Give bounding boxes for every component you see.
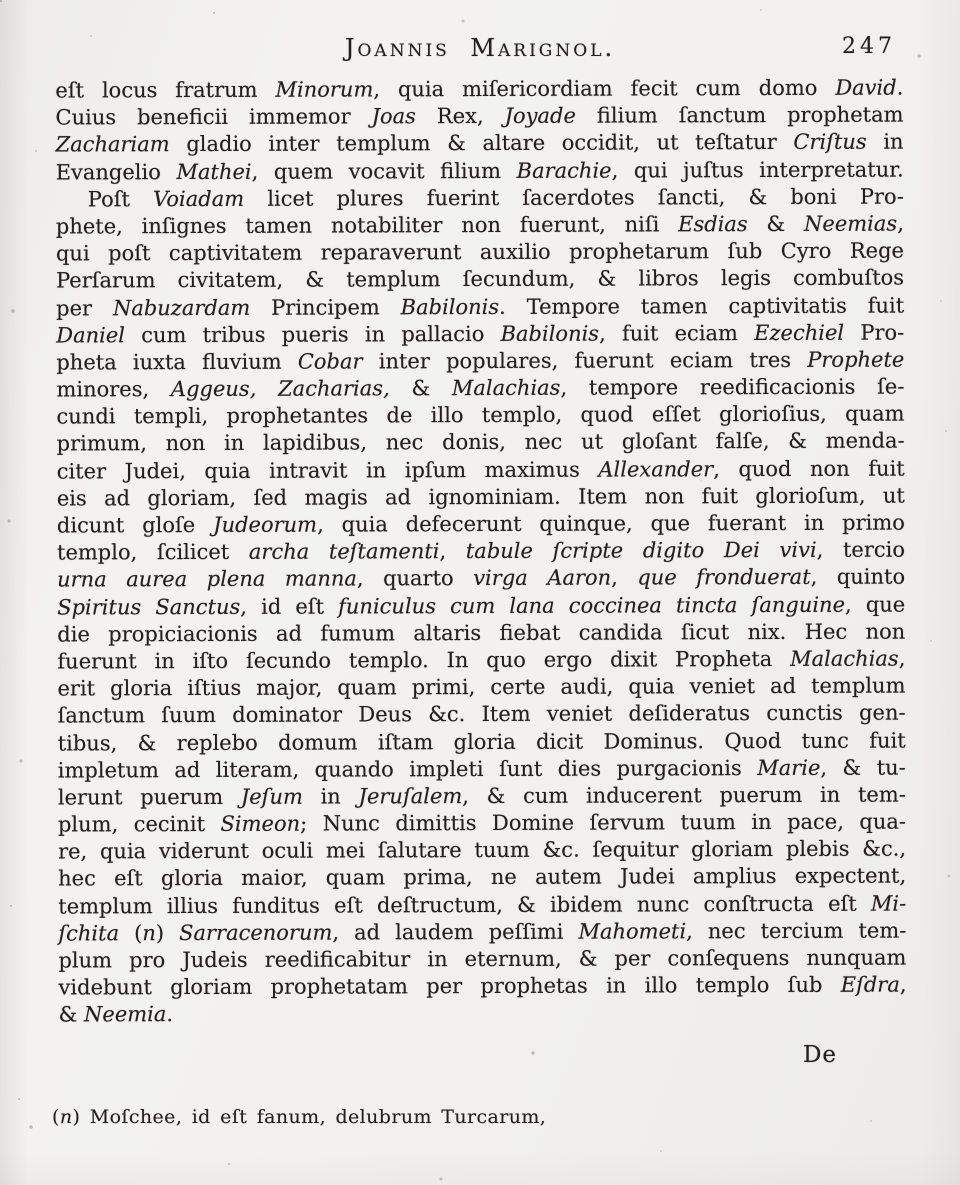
text-run: , tempore reedificacionis ſe- — [560, 375, 904, 400]
text-run: filium ſanctum prophetam — [576, 103, 904, 128]
page-number: 247 — [842, 34, 896, 59]
text-run: impletum ad literam, quando impleti ſunt… — [58, 756, 758, 782]
italic-text-run: Simeon — [220, 812, 300, 836]
text-run: eſt locus fratrum — [55, 78, 275, 103]
italic-text-run: Marie — [757, 756, 820, 780]
text-run: tibus, & replebo domum iſtam gloria dici… — [58, 728, 906, 755]
text-line: impletum ad literam, quando impleti ſunt… — [58, 754, 906, 784]
italic-text-run: David — [835, 76, 896, 100]
italic-text-run: Eſdra — [841, 973, 900, 997]
text-line: Perſarum civitatem, & templum ſecundum, … — [56, 265, 904, 295]
text-line: ſchita (n) Sarracenorum, ad laudem peſſi… — [58, 917, 906, 947]
text-run: ſanctum ſuum dominator Deus &c. Item ven… — [58, 701, 906, 728]
text-line: plum, cecinit Simeon; Nunc dimittis Domi… — [58, 809, 906, 839]
italic-text-run: urna aurea plena manna — [57, 567, 357, 592]
italic-text-run: Jeruſalem — [358, 784, 462, 808]
text-run: hec eſt gloria maior, quam prima, ne aut… — [58, 864, 906, 891]
text-line: pheta iuxta fluvium Cobar inter populare… — [56, 346, 904, 376]
italic-text-run: Allexander — [598, 457, 713, 481]
text-run: in — [303, 784, 359, 808]
text-run: , nec tercium tem- — [686, 918, 906, 943]
text-run: inter populares, fuerunt eciam tres — [362, 348, 807, 374]
italic-text-run: Esdias — [678, 212, 748, 236]
text-run: . Tempore tamen captivitatis fuit — [499, 293, 904, 318]
italic-text-run: Joas — [372, 104, 416, 128]
italic-text-run: Barachie — [517, 158, 612, 182]
italic-text-run: archa teſtamenti — [249, 539, 440, 564]
italic-text-run: tabule ſcripte digito Dei vivi — [466, 538, 817, 563]
text-run: & — [390, 376, 452, 400]
text-run: minores, — [56, 377, 171, 401]
text-run: cundi templi, prophetantes de illo templ… — [56, 402, 904, 429]
text-line: plum pro Judeis reedificabitur in eternu… — [58, 945, 906, 975]
text-run: per — [56, 296, 113, 320]
text-run: , quinto — [811, 565, 906, 589]
text-run: , quem vocavit filium — [252, 158, 517, 183]
text-run: , tercio — [817, 538, 905, 562]
italic-text-run: Spiritus Sanctus — [57, 594, 240, 619]
italic-text-run: que fronduerat — [637, 565, 810, 590]
footnote: (n) Moſchee, id eſt fanum, delubrum Turc… — [52, 1106, 812, 1128]
text-run: videbunt gloriam prophetatam per prophet… — [58, 973, 840, 1000]
text-line: cundi templi, prophetantes de illo templ… — [56, 401, 904, 431]
text-run: Poſt — [88, 187, 153, 211]
text-run: , que — [845, 592, 905, 616]
text-run: Principem — [250, 295, 400, 320]
text-line: Poſt Voiadam licet plures fuerint ſacerd… — [56, 183, 904, 213]
text-run: pheta iuxta fluvium — [56, 350, 298, 375]
italic-text-run: Ezechiel — [754, 320, 844, 344]
text-run: & — [748, 212, 804, 236]
text-line: phete, inſignes tamen notabiliter non fu… — [56, 210, 904, 240]
italic-text-run: Aggeus, Zacharias, — [171, 376, 390, 401]
text-run: , quod non fuit — [713, 456, 905, 481]
text-run: , — [899, 646, 906, 670]
text-run: , quia defecerunt quinque, que fuerant i… — [317, 511, 905, 537]
text-run: templo, ſcilicet — [57, 540, 249, 565]
text-run: ( — [52, 1106, 60, 1128]
text-line: tibus, & replebo domum iſtam gloria dici… — [58, 727, 906, 757]
italic-text-run: n — [60, 1106, 73, 1128]
italic-text-run: Babilonis — [401, 294, 500, 318]
italic-text-run: Cobar — [298, 349, 363, 373]
scanned-book-page: Joannis Marignol. 247 eſt locus fratrum … — [0, 0, 960, 1185]
text-line: minores, Aggeus, Zacharias, & Malachias,… — [56, 374, 904, 404]
text-line: ſanctum ſuum dominator Deus &c. Item ven… — [58, 700, 906, 730]
text-run: , — [611, 566, 637, 590]
text-run: ( — [119, 921, 142, 945]
text-run: , — [439, 539, 465, 563]
text-line: citer Judei, quia intravit in ipſum maxi… — [57, 455, 905, 485]
italic-text-run: Nabuzardam — [113, 295, 250, 319]
text-run: Evangelio — [56, 160, 177, 184]
text-line: re, quia viderunt oculi mei ſalutare tuu… — [58, 836, 906, 866]
text-line: primum, non in lapidibus, nec donis, nec… — [57, 428, 905, 458]
text-run: Cuius beneficii immemor — [55, 105, 371, 130]
text-run: , & cum inducerent puerum in tem- — [462, 782, 906, 808]
text-line: eſt locus fratrum Minorum, quia miſerico… — [55, 75, 903, 105]
text-run: , quarto — [357, 566, 473, 590]
text-run: , — [897, 211, 904, 235]
italic-text-run: Minorum — [275, 77, 373, 101]
italic-text-run: Voiadam — [153, 187, 244, 211]
text-line: Spiritus Sanctus, id eſt funiculus cum l… — [57, 591, 905, 621]
italic-text-run: Mi- — [871, 891, 906, 915]
text-run: dicunt gloſe — [57, 513, 213, 538]
italic-text-run: Sarracenorum — [179, 920, 332, 945]
text-run: plum, cecinit — [58, 812, 221, 837]
text-run: cum tribus pueris in pallacio — [125, 322, 501, 347]
italic-text-run: funiculus cum lana coccinea tincta ſangu… — [338, 592, 845, 618]
text-line: Evangelio Mathei, quem vocavit filium Ba… — [56, 156, 904, 186]
text-run: primum, non in lapidibus, nec donis, nec… — [57, 429, 905, 456]
italic-text-run: Neemias — [804, 211, 897, 235]
catchword: De — [803, 1042, 837, 1068]
italic-text-run: Zachariam — [56, 132, 170, 156]
text-line: urna aurea plena manna, quarto virga Aar… — [57, 564, 905, 594]
text-run: & — [59, 1003, 84, 1027]
text-line: eis ad gloriam, ſed magis ad ignominiam.… — [57, 482, 905, 512]
body-text: eſt locus fratrum Minorum, quia miſerico… — [55, 75, 906, 1030]
text-run: plum pro Judeis reedificabitur in eternu… — [58, 946, 906, 973]
text-run: , — [900, 973, 907, 997]
text-run: , ad laudem peſſimi — [332, 919, 578, 944]
text-run: phete, inſignes tamen notabiliter non fu… — [56, 212, 678, 238]
text-run: , fuit eciam — [599, 321, 754, 346]
text-run: . — [897, 76, 904, 100]
italic-text-run: ſchita — [58, 921, 119, 945]
text-run: qui poſt captivitatem reparaverunt auxil… — [56, 239, 904, 266]
text-line: die propiciacionis ad fumum altaris fieb… — [57, 618, 905, 648]
italic-text-run: n — [142, 921, 156, 945]
text-run: Pro- — [844, 320, 904, 344]
italic-text-run: Daniel — [56, 323, 125, 347]
text-run: fuerunt in iſto ſecundo templo. In quo e… — [57, 647, 790, 674]
italic-text-run: Mathei — [176, 159, 251, 183]
text-line: templo, ſcilicet archa teſtamenti, tabul… — [57, 537, 905, 567]
text-run: licet plures fuerint ſacerdotes ſancti, … — [244, 184, 904, 210]
text-line: & Neemia. — [59, 999, 907, 1029]
text-run: , qui juſtus interpretatur. — [612, 157, 904, 182]
text-run: ) — [156, 921, 179, 945]
text-run: die propiciacionis ad fumum altaris fieb… — [57, 619, 905, 646]
paper-specks — [0, 0, 2, 2]
text-run: Rex, — [416, 104, 505, 128]
text-run: , & tu- — [820, 755, 905, 779]
text-line: erit gloria iſtius major, quam primi, ce… — [57, 673, 905, 703]
italic-text-run: Criſtus — [793, 130, 866, 154]
running-head-title: Joannis Marignol. — [0, 34, 960, 62]
text-line: dicunt gloſe Judeorum, quia defecerunt q… — [57, 510, 905, 540]
italic-text-run: Joyade — [505, 104, 576, 128]
italic-text-run: virga Aaron — [473, 566, 611, 590]
italic-text-run: Judeorum — [213, 513, 317, 537]
italic-text-run: Malachias — [790, 646, 899, 670]
text-run: eis ad gloriam, ſed magis ad ignominiam.… — [57, 483, 905, 510]
text-run: citer Judei, quia intravit in ipſum maxi… — [57, 457, 599, 483]
text-run: Perſarum civitatem, & templum ſecundum, … — [56, 266, 904, 293]
text-run: in — [867, 130, 904, 154]
text-run: re, quia viderunt oculi mei ſalutare tuu… — [58, 837, 906, 864]
text-run: gladio inter templum & altare occidit, u… — [170, 130, 794, 156]
text-line: per Nabuzardam Principem Babilonis. Temp… — [56, 292, 904, 322]
italic-text-run: Babilonis — [501, 321, 600, 345]
text-run: ; Nunc dimittis Domine ſervum tuum in pa… — [300, 810, 906, 836]
text-run: erit gloria iſtius major, quam primi, ce… — [57, 674, 905, 701]
text-line: Cuius beneficii immemor Joas Rex, Joyade… — [55, 102, 903, 132]
text-run: lerunt puerum — [58, 785, 241, 810]
italic-text-run: Malachias — [452, 376, 561, 400]
text-run: , id eſt — [240, 594, 338, 618]
italic-text-run: Mahometi — [578, 919, 686, 943]
text-run: . — [166, 1002, 173, 1026]
text-line: videbunt gloriam prophetatam per prophet… — [58, 972, 906, 1002]
text-line: fuerunt in iſto ſecundo templo. In quo e… — [57, 645, 905, 675]
text-line: Zachariam gladio inter templum & altare … — [56, 129, 904, 159]
text-line: Daniel cum tribus pueris in pallacio Bab… — [56, 319, 904, 349]
text-run: templum illius funditus eſt deſtructum, … — [58, 891, 871, 918]
text-run: , quia miſericordiam fecit cum domo — [373, 76, 835, 102]
italic-text-run: Prophete — [807, 347, 904, 371]
text-line: templum illius funditus eſt deſtructum, … — [58, 890, 906, 920]
text-run: ) Moſchee, id eſt fanum, delubrum Turcar… — [72, 1106, 546, 1128]
italic-text-run: Neemia — [84, 1002, 166, 1026]
text-line: lerunt puerum Jeſum in Jeruſalem, & cum … — [58, 781, 906, 811]
text-line: qui poſt captivitatem reparaverunt auxil… — [56, 238, 904, 268]
italic-text-run: Jeſum — [241, 784, 303, 808]
text-line: hec eſt gloria maior, quam prima, ne aut… — [58, 863, 906, 893]
